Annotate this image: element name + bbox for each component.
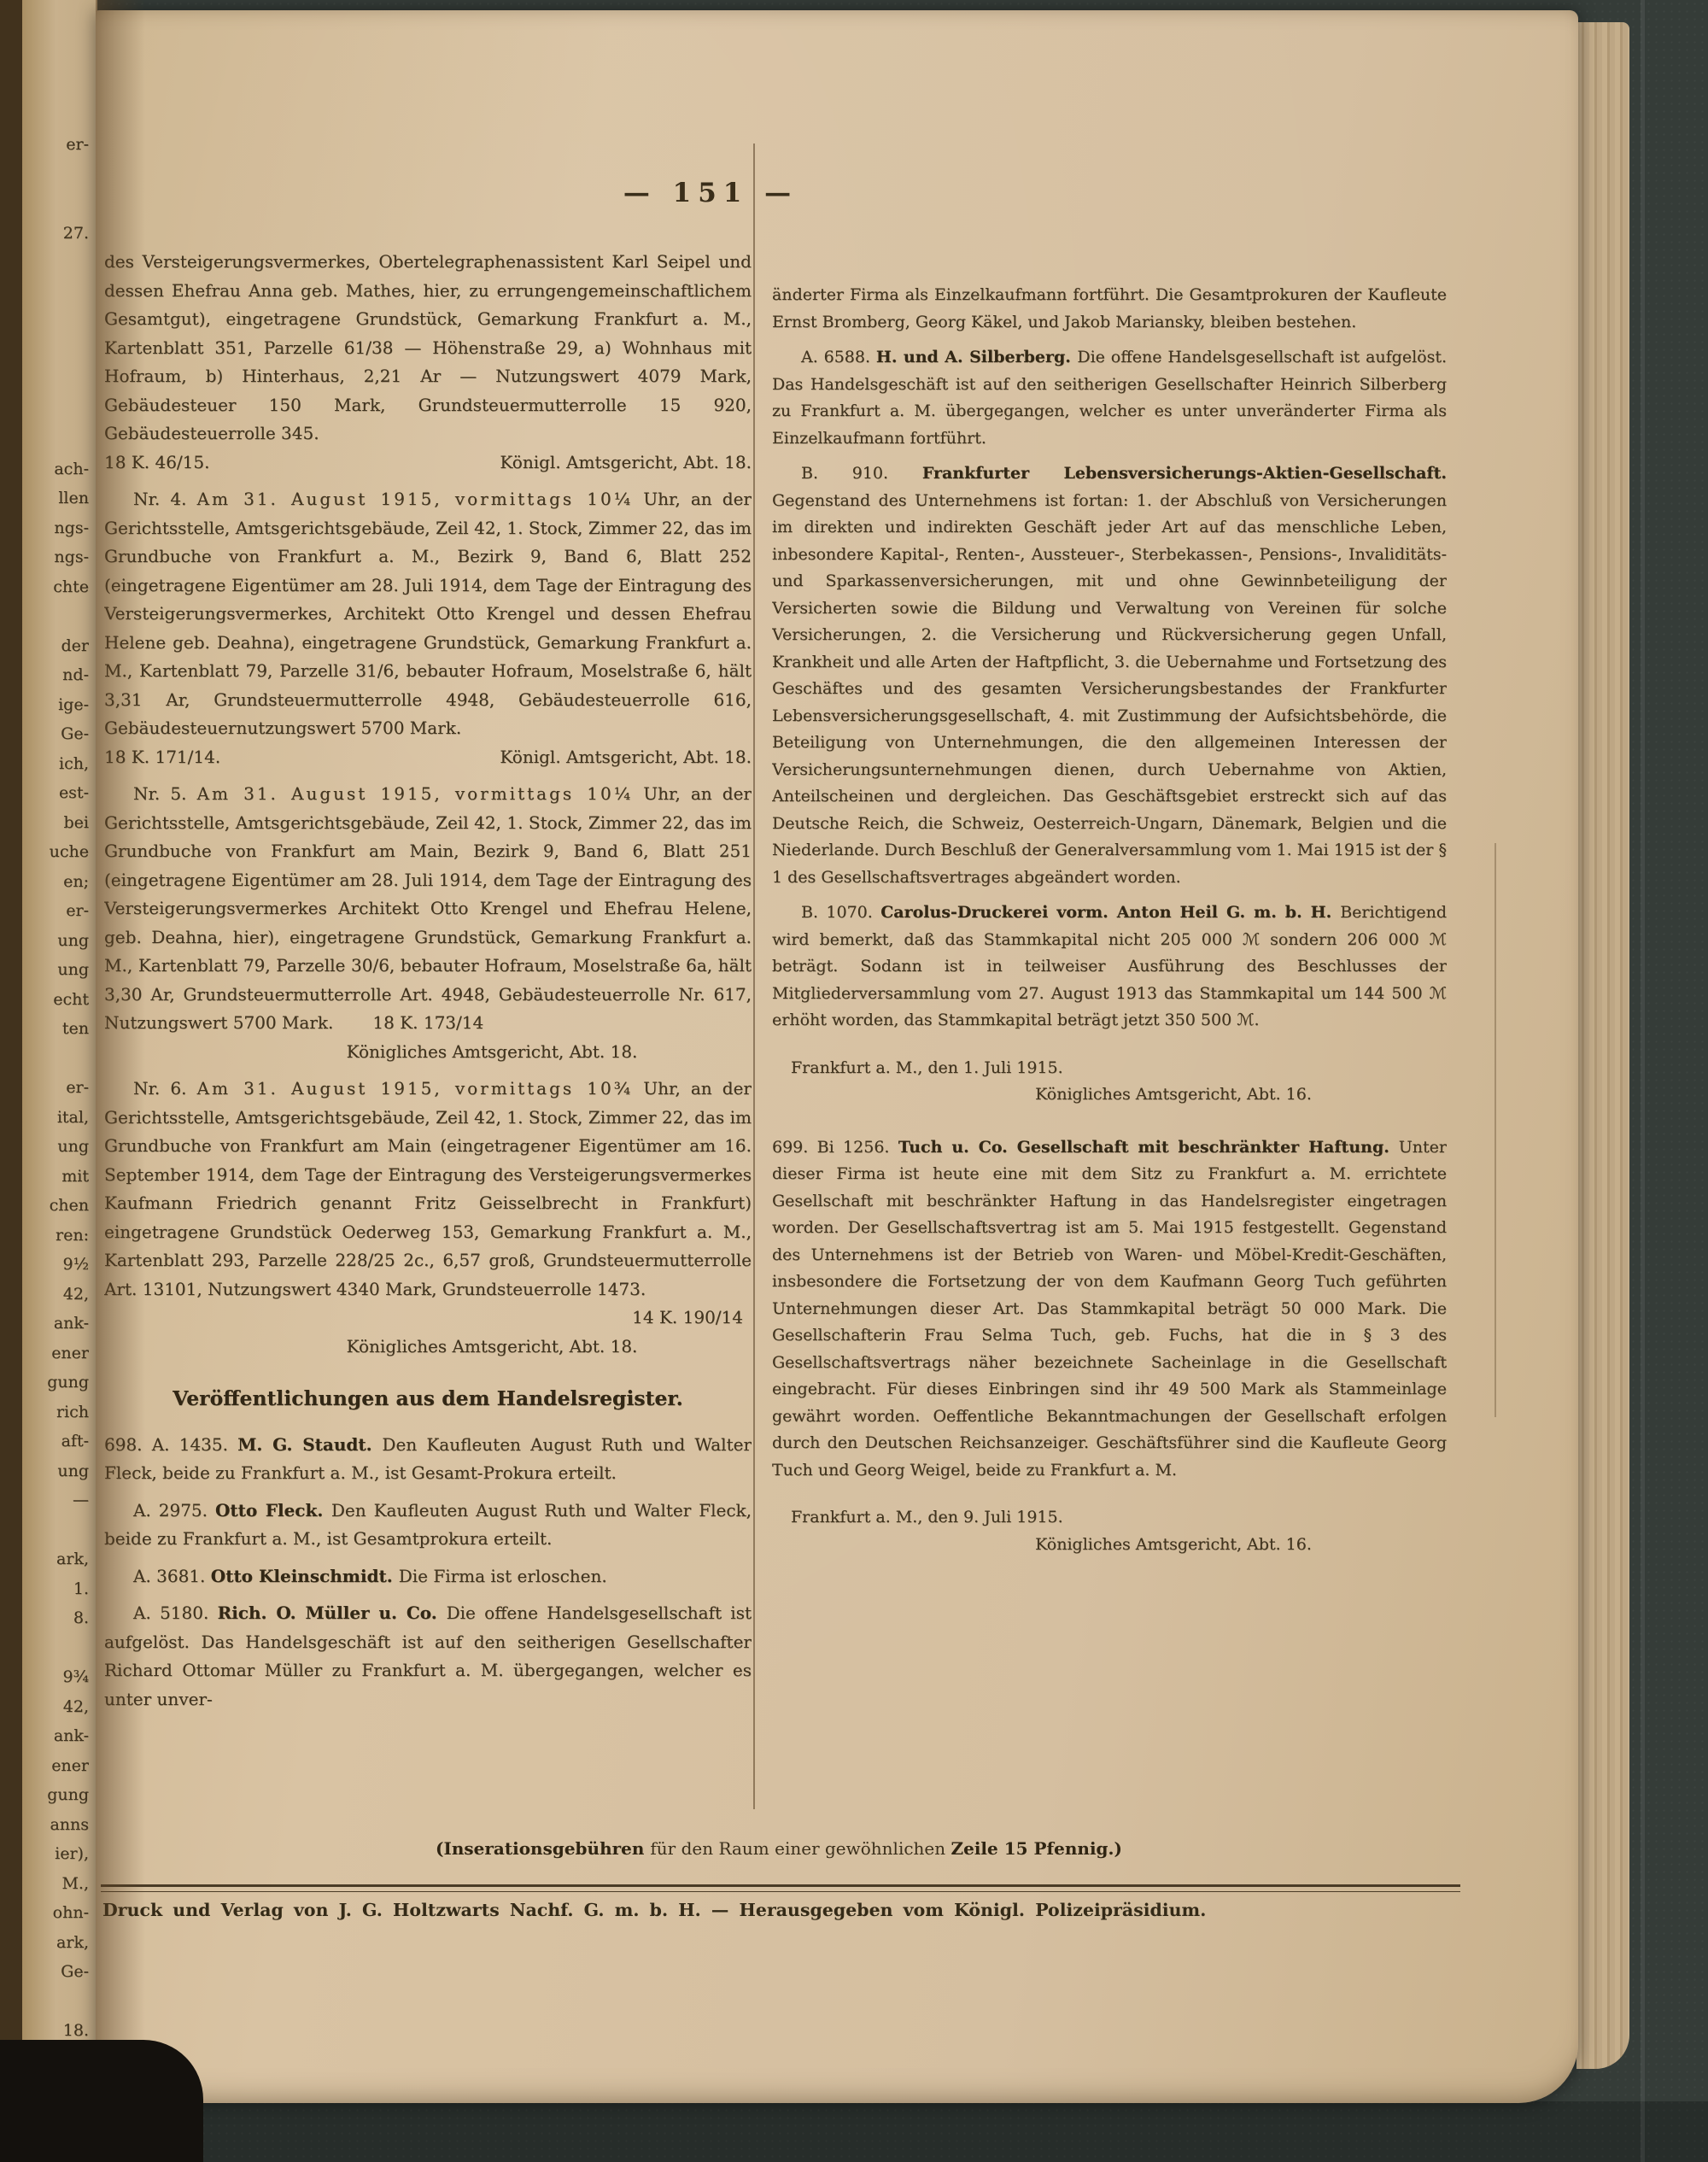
bottom-left-shadow <box>0 2040 203 2162</box>
register-entry-3681: A. 3681. Otto Kleinschmidt. Die Firma is… <box>104 1562 752 1591</box>
register-entry-6588: A. 6588. H. und A. Silberberg. Die offen… <box>772 344 1447 452</box>
auction-date: Am 31. August 1915, vormittags 10¾ <box>197 1078 634 1099</box>
cover-wear-streak <box>1641 0 1645 2162</box>
firm-name: Otto Kleinschmidt. <box>211 1566 399 1586</box>
firm-name: Otto Fleck. <box>215 1500 331 1520</box>
register-entry-b1070: B. 1070. Carolus-Druckerei vorm. Anton H… <box>772 899 1447 1034</box>
entry-number: B. 1070. <box>801 903 880 922</box>
auction-date: Am 31. August 1915, vormittags 10¼ <box>197 783 634 804</box>
page-number: — 151 — <box>574 178 847 208</box>
register-entry-698: 698. A. 1435. M. G. Staudt. Den Kaufleut… <box>104 1431 752 1488</box>
notice-bold-end: Zeile 15 Pfennig.) <box>951 1838 1122 1859</box>
docket-number: 18 K. 171/14. <box>104 743 220 772</box>
left-column: des Versteigerungsvermerkes, Obertelegra… <box>104 248 752 1809</box>
firm-name: M. G. Staudt. <box>237 1434 382 1455</box>
docket-line: 18 K. 46/15. Königl. Amtsgericht, Abt. 1… <box>104 448 752 478</box>
court-signature: Königliches Amtsgericht, Abt. 18. <box>104 1333 752 1362</box>
stacked-page-edges <box>1576 22 1629 2069</box>
entry-text: Uhr, an der Gerichtsstelle, Amtsgerichts… <box>104 489 752 738</box>
notice-bold-start: (Inserationsgebühren <box>436 1838 650 1859</box>
docket-number: 14 K. 190/14 <box>104 1304 752 1333</box>
entry-number: A. 5180. <box>133 1602 218 1623</box>
register-entry-699: 699. Bi 1256. Tuch u. Co. Gesellschaft m… <box>772 1134 1447 1485</box>
register-entry-5180: A. 5180. Rich. O. Müller u. Co. Die offe… <box>104 1599 752 1714</box>
entry-text: Gegenstand des Unternehmens ist fortan: … <box>772 491 1447 887</box>
entry-number: Nr. 6. <box>133 1078 197 1099</box>
book-spine <box>0 0 22 2162</box>
column-divider-rule <box>753 144 755 1809</box>
court-signature: Königliches Amtsgericht, Abt. 18. <box>104 1038 752 1067</box>
dateline: Frankfurt a. M., den 1. Juli 1915. <box>772 1055 1447 1082</box>
entry-number: A. 6588. <box>801 348 876 366</box>
docket-number: 18 K. 173/14 <box>333 1012 483 1033</box>
paragraph-nr6: Nr. 6. Am 31. August 1915, vormittags 10… <box>104 1075 752 1304</box>
docket-number: 18 K. 46/15. <box>104 448 209 478</box>
entry-text: Die Firma ist erloschen. <box>399 1566 607 1586</box>
entry-text: Uhr, an der Gerichtsstelle, Amtsgerichts… <box>104 1078 752 1299</box>
firm-name: Tuch u. Co. Gesellschaft mit beschränkte… <box>898 1138 1399 1157</box>
previous-page-sliver: er- 27. ach- llen ngs- ngs- chte der nd-… <box>22 0 97 2162</box>
court-signature: Königl. Amtsgericht, Abt. 18. <box>500 743 752 772</box>
entry-number: B. 910. <box>801 464 922 483</box>
imprint-line: Druck und Verlag von J. G. Holtzwarts Na… <box>102 1900 1486 1920</box>
entry-number: Nr. 5. <box>133 783 197 804</box>
firm-name: Rich. O. Müller u. Co. <box>218 1602 447 1623</box>
court-signature: Königliches Amtsgericht, Abt. 16. <box>772 1532 1447 1559</box>
court-signature: Königl. Amtsgericht, Abt. 18. <box>500 448 752 478</box>
register-entry-2975: A. 2975. Otto Fleck. Den Kaufleuten Augu… <box>104 1497 752 1554</box>
notice-middle: für den Raum einer gewöhnlichen <box>650 1838 951 1859</box>
right-column: änderter Firma als Einzelkaufmann fortfü… <box>772 282 1447 1819</box>
entry-text: Uhr, an der Gerichtsstelle, Amtsgerichts… <box>104 783 752 1033</box>
gazette-page: — 151 — des Versteigerungsvermerkes, Obe… <box>96 10 1578 2103</box>
register-entry-b910: B. 910. Frankfurter Lebensversicherungs-… <box>772 460 1447 891</box>
cover-bottom-shade <box>0 2101 1708 2162</box>
auction-date: Am 31. August 1915, vormittags 10¼ <box>197 489 634 509</box>
paragraph-nr4: Nr. 4. Am 31. August 1915, vormittags 10… <box>104 485 752 743</box>
firm-name: H. und A. Silberberg. <box>876 348 1077 366</box>
section-heading-handelsregister: Veröffentlichungen aus dem Handelsregist… <box>104 1385 752 1414</box>
entry-number: A. 2975. <box>133 1500 215 1520</box>
footer-rule <box>101 1884 1460 1892</box>
entry-number: 698. A. 1435. <box>104 1434 237 1455</box>
entry-text: Unter dieser Firma ist heute eine mit de… <box>772 1138 1447 1479</box>
previous-page-text-fragments: er- 27. ach- llen ngs- ngs- chte der nd-… <box>22 130 89 2060</box>
docket-line: 18 K. 171/14. Königl. Amtsgericht, Abt. … <box>104 743 752 772</box>
paragraph-continuation: des Versteigerungsvermerkes, Obertelegra… <box>104 248 752 448</box>
entry-number: 699. Bi 1256. <box>772 1138 898 1157</box>
dateline: Frankfurt a. M., den 9. Juli 1915. <box>772 1504 1447 1532</box>
paragraph-nr5: Nr. 5. Am 31. August 1915, vormittags 10… <box>104 780 752 1038</box>
insertion-fee-notice: (Inserationsgebühren für den Raum einer … <box>104 1838 1454 1859</box>
entry-number: Nr. 4. <box>133 489 197 509</box>
entry-number: A. 3681. <box>133 1566 211 1586</box>
entry-text: Berichtigend wird bemerkt, daß das Stamm… <box>772 903 1447 1029</box>
right-column-edge-rule <box>1494 843 1496 1417</box>
firm-name: Frankfurter Lebensversicherungs-Aktien-G… <box>922 464 1447 483</box>
firm-name: Carolus-Druckerei vorm. Anton Heil G. m.… <box>880 903 1340 922</box>
court-signature: Königliches Amtsgericht, Abt. 16. <box>772 1081 1447 1109</box>
paragraph-continuation: änderter Firma als Einzelkaufmann fortfü… <box>772 282 1447 336</box>
